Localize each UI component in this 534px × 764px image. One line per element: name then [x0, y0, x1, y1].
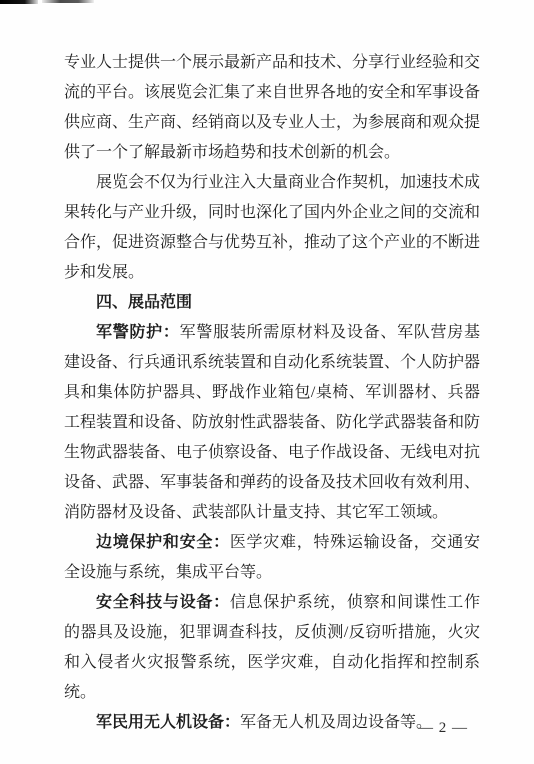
paragraph-continuation: 专业人士提供一个展示最新产品和技术、分享行业经验和交流的平台。该展览会汇集了来自…: [64, 48, 480, 168]
item-label: 边境保护和安全：: [96, 534, 230, 551]
document-page: 专业人士提供一个展示最新产品和技术、分享行业经验和交流的平台。该展览会汇集了来自…: [0, 0, 534, 764]
exhibit-item-military-police: 军警防护：军警服装所需原材料及设备、军队营房基建设备、行兵通讯系统装置和自动化系…: [64, 318, 480, 528]
page-number: — 2 —: [418, 718, 468, 738]
item-text: 军警服装所需原材料及设备、军队营房基建设备、行兵通讯系统装置和自动化系统装置、个…: [64, 324, 480, 521]
document-body: 专业人士提供一个展示最新产品和技术、分享行业经验和交流的平台。该展览会汇集了来自…: [64, 48, 480, 738]
paragraph-overview: 展览会不仅为行业注入大量商业合作契机，加速技术成果转化与产业升级，同时也深化了国…: [64, 168, 480, 288]
item-label: 军警防护：: [96, 324, 180, 341]
exhibit-item-border-security: 边境保护和安全：医学灾难，特殊运输设备，交通安全设施与系统，集成平台等。: [64, 528, 480, 588]
item-label: 军民用无人机设备：: [96, 714, 240, 731]
item-label: 安全科技与设备：: [96, 594, 230, 611]
scan-artifact-right: [42, 0, 94, 3]
scan-artifact-left: [0, 0, 38, 4]
item-text: 军备无人机及周边设备等。: [240, 714, 432, 731]
exhibit-item-security-tech: 安全科技与设备：信息保护系统，侦察和间谍性工作的器具及设施，犯罪调查科技，反侦测…: [64, 588, 480, 708]
section-heading: 四、展品范围: [64, 288, 480, 318]
